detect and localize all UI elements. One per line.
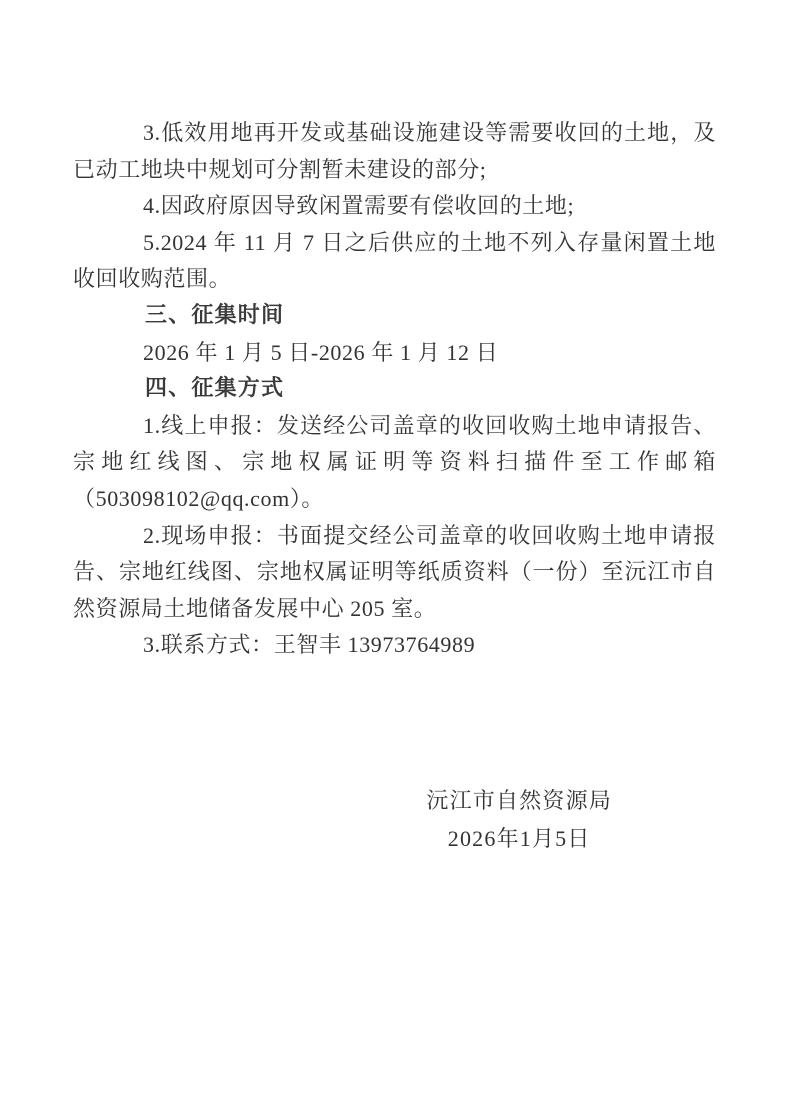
paragraph-item-3-low-efficiency-land: 3.低效用地再开发或基础设施建设等需要收回的土地，及已动工地块中规划可分割暂未建… [73,115,716,188]
section-heading-collection-method: 四、征集方式 [73,371,716,408]
signature-block: 沅江市自然资源局 2026年1月5日 [426,782,612,858]
paragraph-online-application: 1.线上申报：发送经公司盖章的收回收购土地申请报告、宗地红线图、宗地权属证明等资… [73,408,716,518]
paragraph-item-4-government-cause: 4.因政府原因导致闲置需要有偿收回的土地; [73,188,716,225]
document-page: 3.低效用地再开发或基础设施建设等需要收回的土地，及已动工地块中规划可分割暂未建… [0,0,789,1118]
signature-date: 2026年1月5日 [426,820,612,858]
section-heading-collection-time: 三、征集时间 [73,298,716,335]
signature-organization: 沅江市自然资源局 [426,782,612,820]
paragraph-onsite-application: 2.现场申报：书面提交经公司盖章的收回收购土地申请报告、宗地红线图、宗地权属证明… [73,518,716,628]
paragraph-item-5-supply-after-date: 5.2024 年 11 月 7 日之后供应的土地不列入存量闲置土地收回收购范围。 [73,225,716,298]
paragraph-contact-info: 3.联系方式：王智丰 13973764989 [73,627,716,664]
paragraph-collection-period: 2026 年 1 月 5 日-2026 年 1 月 12 日 [73,335,716,372]
